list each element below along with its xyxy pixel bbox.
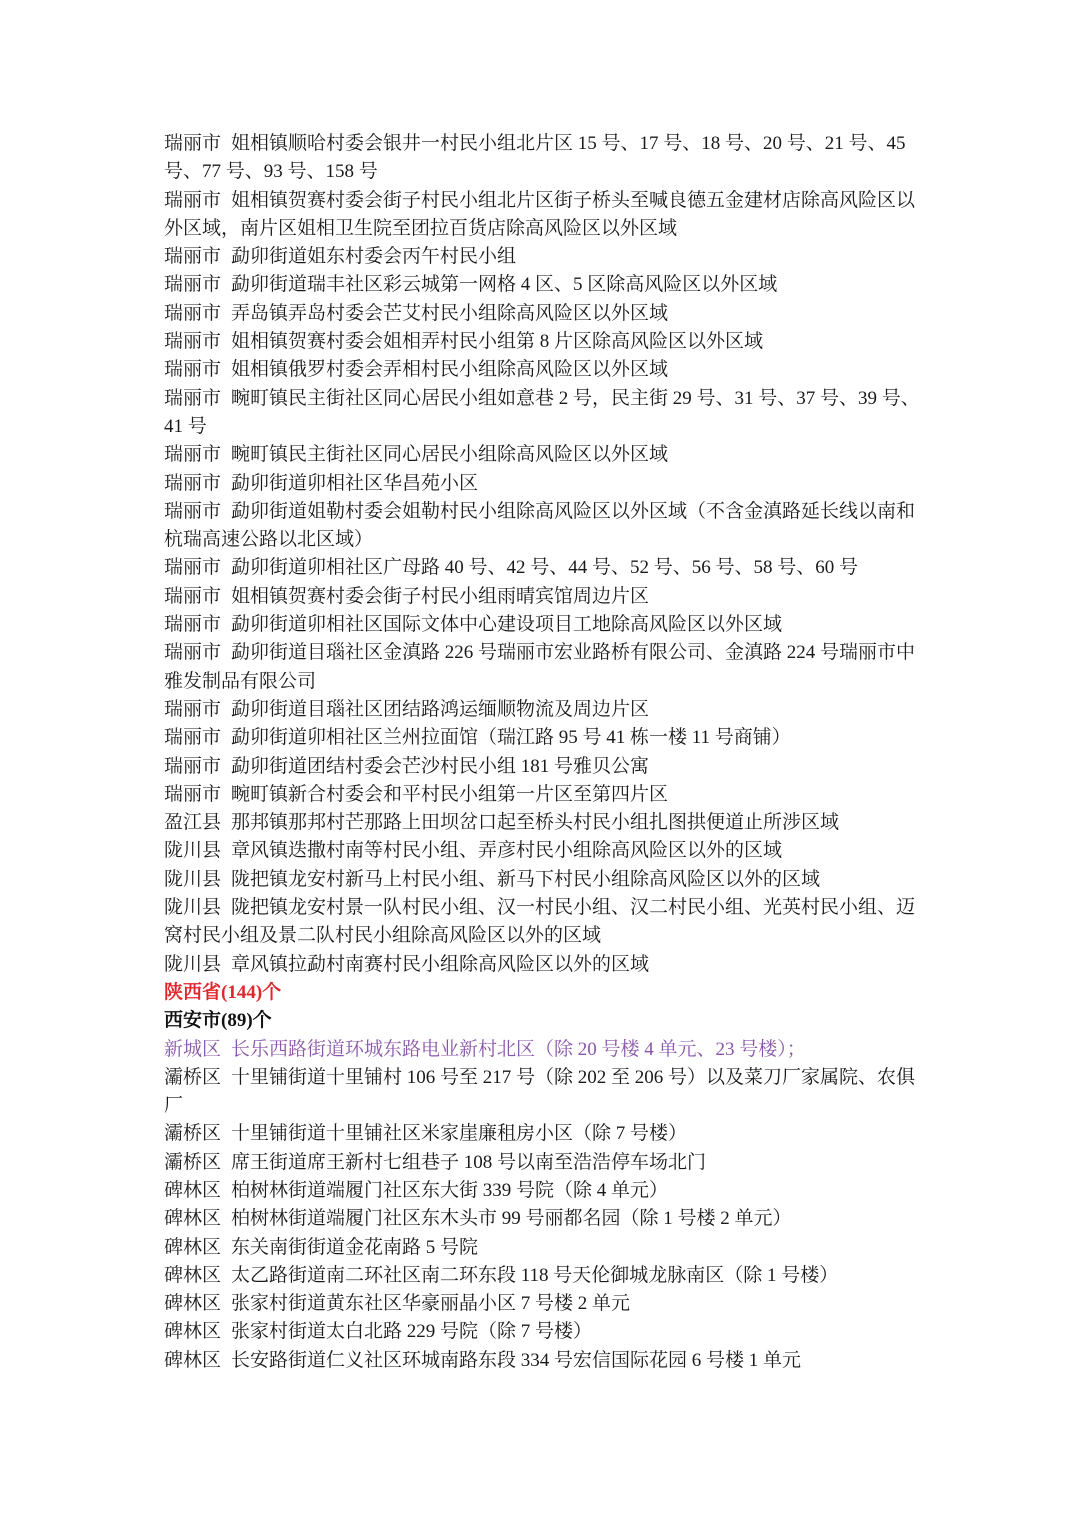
- entry-line: 碑林区东关南街街道金花南路 5 号院: [164, 1234, 924, 1262]
- entry-line: 瑞丽市勐卯街道卯相社区兰州拉面馆（瑞江路 95 号 41 栋一楼 11 号商铺）: [164, 724, 924, 752]
- entry-line: 瑞丽市勐卯街道团结村委会芒沙村民小组 181 号雅贝公寓: [164, 753, 924, 781]
- entry-text: 章风镇拉勐村南赛村民小组除高风险区以外的区域: [231, 954, 649, 975]
- district-name: 瑞丽市: [164, 756, 221, 777]
- entry-line: 瑞丽市姐相镇顺哈村委会银井一村民小组北片区 15 号、17 号、18 号、20 …: [164, 130, 924, 187]
- entry-text: 东关南街街道金花南路 5 号院: [231, 1237, 478, 1258]
- entry-line: 瑞丽市姐相镇俄罗村委会弄相村民小组除高风险区以外区域: [164, 356, 924, 384]
- district-name: 瑞丽市: [164, 133, 221, 154]
- entry-line: 瑞丽市畹町镇民主街社区同心居民小组除高风险区以外区域: [164, 441, 924, 469]
- entry-text: 长乐西路街道环城东路电业新村北区（除 20 号楼 4 单元、23 号楼）；: [231, 1039, 806, 1060]
- entry-text: 章风镇迭撒村南等村民小组、弄彦村民小组除高风险区以外的区域: [231, 840, 782, 861]
- district-name: 碑林区: [164, 1321, 221, 1342]
- district-name: 瑞丽市: [164, 501, 221, 522]
- entry-text: 十里铺街道十里铺村 106 号至 217 号（除 202 至 206 号）以及菜…: [164, 1067, 915, 1116]
- entry-line: 碑林区太乙路街道南二环社区南二环东段 118 号天伦御城龙脉南区（除 1 号楼）: [164, 1262, 924, 1290]
- entry-line: 瑞丽市勐卯街道卯相社区华昌苑小区: [164, 470, 924, 498]
- entry-line: 瑞丽市弄岛镇弄岛村委会芒艾村民小组除高风险区以外区域: [164, 300, 924, 328]
- district-name: 陇川县: [164, 954, 221, 975]
- district-name: 瑞丽市: [164, 557, 221, 578]
- district-name: 陇川县: [164, 897, 221, 918]
- entry-text: 陇把镇龙安村新马上村民小组、新马下村民小组除高风险区以外的区域: [231, 869, 820, 890]
- district-name: 瑞丽市: [164, 303, 221, 324]
- district-name: 瑞丽市: [164, 359, 221, 380]
- district-name: 碑林区: [164, 1350, 221, 1371]
- entry-text: 勐卯街道目瑙社区金滇路 226 号瑞丽市宏业路桥有限公司、金滇路 224 号瑞丽…: [164, 642, 915, 691]
- district-name: 瑞丽市: [164, 473, 221, 494]
- entry-line: 灞桥区十里铺街道十里铺村 106 号至 217 号（除 202 至 206 号）…: [164, 1064, 924, 1121]
- entry-line: 碑林区张家村街道太白北路 229 号院（除 7 号楼）: [164, 1318, 924, 1346]
- highlighted-entry-line: 新城区长乐西路街道环城东路电业新村北区（除 20 号楼 4 单元、23 号楼）；: [164, 1036, 924, 1064]
- entry-text: 畹町镇民主街社区同心居民小组如意巷 2 号，民主街 29 号、31 号、37 号…: [164, 388, 920, 437]
- document-page: 瑞丽市姐相镇顺哈村委会银井一村民小组北片区 15 号、17 号、18 号、20 …: [164, 130, 924, 1375]
- city-heading: 西安市(89)个: [164, 1007, 924, 1035]
- entry-text: 柏树林街道端履门社区东大街 339 号院（除 4 单元）: [231, 1180, 668, 1201]
- entry-line: 瑞丽市姐相镇贺赛村委会姐相弄村民小组第 8 片区除高风险区以外区域: [164, 328, 924, 356]
- entry-text: 姐相镇贺赛村委会街子村民小组雨晴宾馆周边片区: [231, 586, 649, 607]
- district-name: 瑞丽市: [164, 699, 221, 720]
- entry-text: 勐卯街道卯相社区兰州拉面馆（瑞江路 95 号 41 栋一楼 11 号商铺）: [231, 727, 791, 748]
- entry-text: 十里铺街道十里铺社区米家崖廉租房小区（除 7 号楼）: [231, 1123, 687, 1144]
- entry-text: 张家村街道黄东社区华豪丽晶小区 7 号楼 2 单元: [231, 1293, 630, 1314]
- entry-line: 陇川县陇把镇龙安村景一队村民小组、汉一村民小组、汉二村民小组、光英村民小组、迈窝…: [164, 894, 924, 951]
- entry-text: 畹町镇民主街社区同心居民小组除高风险区以外区域: [231, 444, 668, 465]
- entry-line: 陇川县章风镇迭撒村南等村民小组、弄彦村民小组除高风险区以外的区域: [164, 837, 924, 865]
- district-name: 碑林区: [164, 1208, 221, 1229]
- entry-text: 席王街道席王新村七组巷子 108 号以南至浩浩停车场北门: [231, 1152, 706, 1173]
- entry-text: 勐卯街道卯相社区广母路 40 号、42 号、44 号、52 号、56 号、58 …: [231, 557, 858, 578]
- entry-line: 瑞丽市勐卯街道姐东村委会丙午村民小组: [164, 243, 924, 271]
- entry-text: 勐卯街道目瑙社区团结路鸿运缅顺物流及周边片区: [231, 699, 649, 720]
- entry-text: 勐卯街道团结村委会芒沙村民小组 181 号雅贝公寓: [231, 756, 649, 777]
- province-heading: 陕西省(144)个: [164, 979, 924, 1007]
- entry-line: 瑞丽市畹町镇民主街社区同心居民小组如意巷 2 号，民主街 29 号、31 号、3…: [164, 385, 924, 442]
- entry-text: 太乙路街道南二环社区南二环东段 118 号天伦御城龙脉南区（除 1 号楼）: [231, 1265, 838, 1286]
- entry-line: 瑞丽市姐相镇贺赛村委会街子村民小组北片区街子桥头至喊良德五金建材店除高风险区以外…: [164, 187, 924, 244]
- district-name: 瑞丽市: [164, 246, 221, 267]
- entry-text: 弄岛镇弄岛村委会芒艾村民小组除高风险区以外区域: [231, 303, 668, 324]
- district-name: 碑林区: [164, 1180, 221, 1201]
- entry-text: 张家村街道太白北路 229 号院（除 7 号楼）: [231, 1321, 592, 1342]
- entry-text: 柏树林街道端履门社区东木头市 99 号丽都名园（除 1 号楼 2 单元）: [231, 1208, 792, 1229]
- entry-text: 姐相镇顺哈村委会银井一村民小组北片区 15 号、17 号、18 号、20 号、2…: [164, 133, 906, 182]
- entry-line: 盈江县那邦镇那邦村芒那路上田坝岔口起至桥头村民小组扎图拱便道止所涉区域: [164, 809, 924, 837]
- district-name: 瑞丽市: [164, 388, 221, 409]
- district-name: 灞桥区: [164, 1067, 221, 1088]
- district-name: 灞桥区: [164, 1123, 221, 1144]
- entry-text: 勐卯街道瑞丰社区彩云城第一网格 4 区、5 区除高风险区以外区域: [231, 274, 777, 295]
- entry-line: 瑞丽市姐相镇贺赛村委会街子村民小组雨晴宾馆周边片区: [164, 583, 924, 611]
- entry-text: 陇把镇龙安村景一队村民小组、汉一村民小组、汉二村民小组、光英村民小组、迈窝村民小…: [164, 897, 915, 946]
- district-name: 瑞丽市: [164, 784, 221, 805]
- entry-text: 勐卯街道卯相社区国际文体中心建设项目工地除高风险区以外区域: [231, 614, 782, 635]
- entry-line: 瑞丽市勐卯街道卯相社区国际文体中心建设项目工地除高风险区以外区域: [164, 611, 924, 639]
- district-name: 瑞丽市: [164, 727, 221, 748]
- entry-text: 姐相镇贺赛村委会姐相弄村民小组第 8 片区除高风险区以外区域: [231, 331, 763, 352]
- entry-text: 那邦镇那邦村芒那路上田坝岔口起至桥头村民小组扎图拱便道止所涉区域: [231, 812, 839, 833]
- district-name: 瑞丽市: [164, 642, 221, 663]
- entry-text: 勐卯街道姐勒村委会姐勒村民小组除高风险区以外区域（不含金滇路延长线以南和杭瑞高速…: [164, 501, 915, 550]
- entry-line: 瑞丽市勐卯街道目瑙社区团结路鸿运缅顺物流及周边片区: [164, 696, 924, 724]
- entry-text: 勐卯街道卯相社区华昌苑小区: [231, 473, 478, 494]
- entry-line: 碑林区柏树林街道端履门社区东大街 339 号院（除 4 单元）: [164, 1177, 924, 1205]
- district-name: 碑林区: [164, 1265, 221, 1286]
- district-name: 瑞丽市: [164, 190, 221, 211]
- district-name: 新城区: [164, 1039, 221, 1060]
- entry-line: 碑林区张家村街道黄东社区华豪丽晶小区 7 号楼 2 单元: [164, 1290, 924, 1318]
- entry-text: 长安路街道仁义社区环城南路东段 334 号宏信国际花园 6 号楼 1 单元: [231, 1350, 801, 1371]
- district-name: 陇川县: [164, 840, 221, 861]
- entry-line: 瑞丽市勐卯街道姐勒村委会姐勒村民小组除高风险区以外区域（不含金滇路延长线以南和杭…: [164, 498, 924, 555]
- entry-line: 碑林区柏树林街道端履门社区东木头市 99 号丽都名园（除 1 号楼 2 单元）: [164, 1205, 924, 1233]
- entry-line: 灞桥区席王街道席王新村七组巷子 108 号以南至浩浩停车场北门: [164, 1149, 924, 1177]
- district-name: 瑞丽市: [164, 331, 221, 352]
- entry-line: 瑞丽市勐卯街道瑞丰社区彩云城第一网格 4 区、5 区除高风险区以外区域: [164, 271, 924, 299]
- entry-line: 碑林区长安路街道仁义社区环城南路东段 334 号宏信国际花园 6 号楼 1 单元: [164, 1347, 924, 1375]
- entry-text: 勐卯街道姐东村委会丙午村民小组: [231, 246, 516, 267]
- district-name: 陇川县: [164, 869, 221, 890]
- entry-line: 瑞丽市畹町镇新合村委会和平村民小组第一片区至第四片区: [164, 781, 924, 809]
- entry-line: 陇川县章风镇拉勐村南赛村民小组除高风险区以外的区域: [164, 951, 924, 979]
- entry-line: 瑞丽市勐卯街道卯相社区广母路 40 号、42 号、44 号、52 号、56 号、…: [164, 554, 924, 582]
- district-name: 瑞丽市: [164, 614, 221, 635]
- district-name: 碑林区: [164, 1237, 221, 1258]
- entry-text: 姐相镇贺赛村委会街子村民小组北片区街子桥头至喊良德五金建材店除高风险区以外区域，…: [164, 190, 915, 239]
- district-name: 灞桥区: [164, 1152, 221, 1173]
- district-name: 瑞丽市: [164, 586, 221, 607]
- entry-line: 灞桥区十里铺街道十里铺社区米家崖廉租房小区（除 7 号楼）: [164, 1120, 924, 1148]
- district-name: 碑林区: [164, 1293, 221, 1314]
- entry-line: 陇川县陇把镇龙安村新马上村民小组、新马下村民小组除高风险区以外的区域: [164, 866, 924, 894]
- entry-text: 姐相镇俄罗村委会弄相村民小组除高风险区以外区域: [231, 359, 668, 380]
- district-name: 瑞丽市: [164, 274, 221, 295]
- entry-line: 瑞丽市勐卯街道目瑙社区金滇路 226 号瑞丽市宏业路桥有限公司、金滇路 224 …: [164, 639, 924, 696]
- district-name: 瑞丽市: [164, 444, 221, 465]
- district-name: 盈江县: [164, 812, 221, 833]
- entry-text: 畹町镇新合村委会和平村民小组第一片区至第四片区: [231, 784, 668, 805]
